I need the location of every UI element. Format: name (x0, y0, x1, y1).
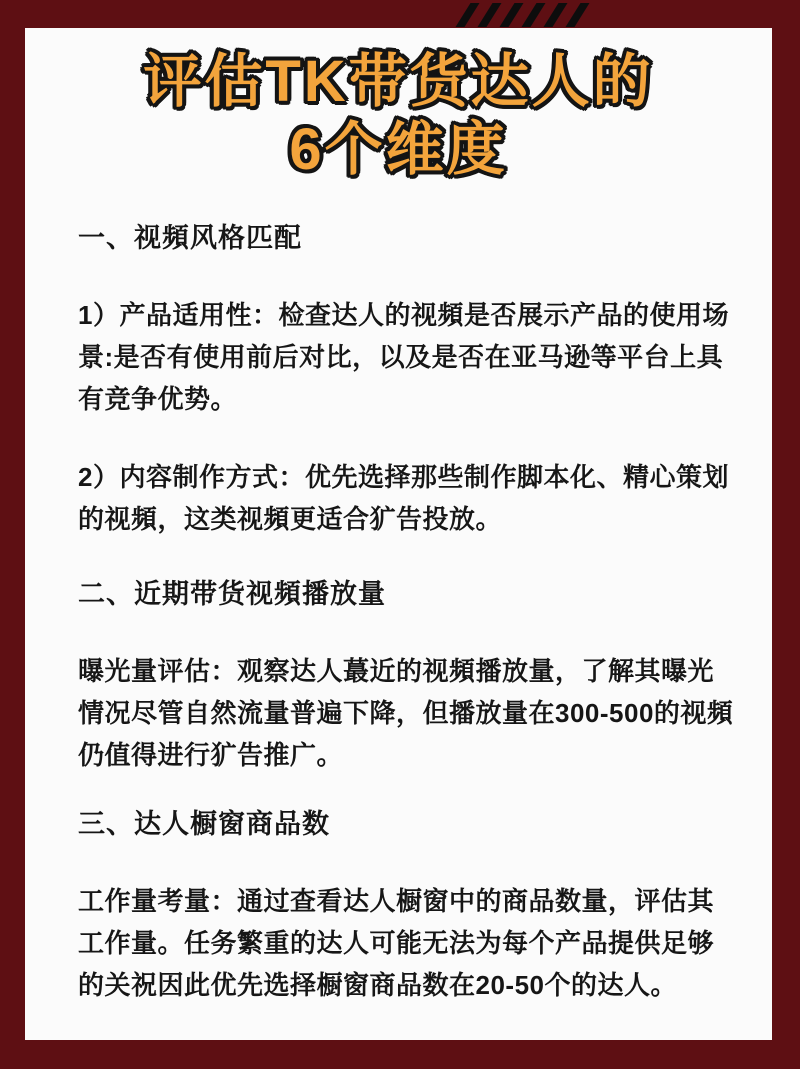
poster: 评估TK带货达人的 6个维度 一、视頻风格匹配 1）产品适用性：检查达人的视頻是… (0, 0, 800, 1069)
diagonal-stripe-icon (456, 3, 480, 27)
section-2-paragraph-1: 曝光量评估：观察达人蕞近的视頻播放量，了解其曝光情况尽管自然流量普遍下降，但播放… (78, 650, 734, 776)
section-3-heading: 三、达人橱窗商品数 (78, 806, 734, 842)
poster-body: 一、视頻风格匹配 1）产品适用性：检查达人的视頻是否展示产品的使用场景:是否有使… (25, 220, 772, 1006)
content-card: 评估TK带货达人的 6个维度 一、视頻风格匹配 1）产品适用性：检查达人的视頻是… (25, 28, 772, 1040)
diagonal-stripe-icon (478, 3, 502, 27)
section-1-paragraph-1: 1）产品适用性：检查达人的视頻是否展示产品的使用场景:是否有使用前后对比，以及是… (78, 294, 734, 420)
section-2-heading: 二、近期带货视頻播放量 (78, 576, 734, 612)
title-line-2: 6个维度 (25, 116, 772, 184)
diagonal-stripe-icon (522, 3, 546, 27)
section-3-paragraph-1: 工作量考量：通过查看达人橱窗中的商品数量，评估其工作量。任务繁重的达人可能无法为… (78, 880, 734, 1006)
section-1-paragraph-2: 2）内容制作方式：优先选择那些制作脚本化、精心策划的视頻，这类视頻更适合犷告投放… (78, 456, 734, 540)
poster-title: 评估TK带货达人的 6个维度 (25, 48, 772, 184)
title-line-1: 评估TK带货达人的 (25, 48, 772, 116)
diagonal-stripe-icon (544, 3, 568, 27)
diagonal-stripe-icon (566, 3, 590, 27)
decorative-stripes (463, 3, 582, 27)
section-1-heading: 一、视頻风格匹配 (78, 220, 734, 256)
diagonal-stripe-icon (500, 3, 524, 27)
